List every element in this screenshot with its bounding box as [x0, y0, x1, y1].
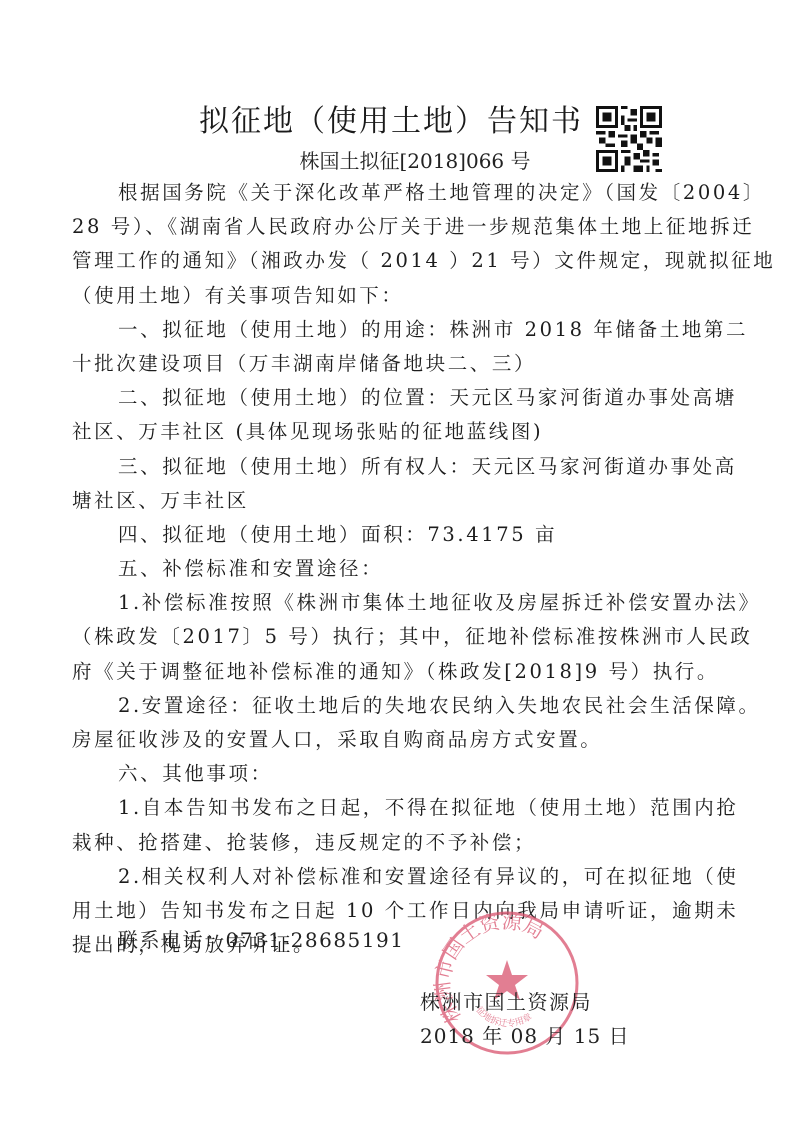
body-line: 2.相关权利人对补偿标准和安置途径有异议的，可在拟征地（使: [72, 860, 772, 894]
body-line: 1.补偿标准按照《株洲市集体土地征收及房屋拆迁补偿安置办法》: [72, 586, 772, 620]
body-line: 根据国务院《关于深化改革严格土地管理的决定》（国发〔2004〕: [72, 176, 772, 210]
body-line: 塘社区、万丰社区: [72, 484, 772, 518]
body-line: 1.自本告知书发布之日起，不得在拟征地（使用土地）范围内抢: [72, 791, 772, 825]
document-title: 拟征地（使用土地）告知书: [0, 96, 800, 140]
contact-phone: 联系电话：0731-28685191: [118, 924, 404, 953]
document-body: 根据国务院《关于深化改革严格土地管理的决定》（国发〔2004〕 28 号）、《湖…: [72, 176, 772, 962]
body-line: （使用土地）有关事项告知如下：: [72, 279, 772, 313]
body-line: 用土地）告知书发布之日起 10 个工作日内向我局申请听证，逾期未: [72, 894, 772, 928]
body-line: 2.安置途径：征收土地后的失地农民纳入失地农民社会生活保障。: [72, 689, 772, 723]
body-line: （株政发〔2017〕5 号）执行；其中，征地补偿标准按株洲市人民政: [72, 620, 772, 654]
document-page: 拟征地（使用土地）告知书: [0, 0, 800, 1134]
body-line: 栽种、抢搭建、抢装修，违反规定的不予补偿；: [72, 826, 772, 860]
section-usage: 一、拟征地（使用土地）的用途：株洲市 2018 年储备土地第二: [72, 313, 772, 347]
section-other: 六、其他事项：: [72, 757, 772, 791]
section-compensation: 五、补偿标准和安置途径：: [72, 552, 772, 586]
signature-organization: 株洲市国土资源局: [420, 986, 592, 1015]
section-location: 二、拟征地（使用土地）的位置：天元区马家河街道办事处高塘: [72, 381, 772, 415]
body-line: 管理工作的通知》（湘政办发（ 2014 ）21 号）文件规定，现就拟征地: [72, 244, 772, 278]
body-line: 府《关于调整征地补偿标准的通知》（株政发[2018]9 号）执行。: [72, 655, 772, 689]
section-owner: 三、拟征地（使用土地）所有权人：天元区马家河街道办事处高: [72, 450, 772, 484]
body-line: 社区、万丰社区 (具体见现场张贴的征地蓝线图): [72, 415, 772, 449]
body-line: 房屋征收涉及的安置人口，采取自购商品房方式安置。: [72, 723, 772, 757]
body-line: 28 号）、《湖南省人民政府办公厅关于进一步规范集体土地上征地拆迁: [72, 210, 772, 244]
signature-date: 2018 年 08 月 15 日: [420, 1020, 630, 1049]
section-area: 四、拟征地（使用土地）面积：73.4175 亩: [72, 518, 772, 552]
body-line: 十批次建设项目（万丰湖南岸储备地块二、三）: [72, 347, 772, 381]
document-number: 株国土拟征[2018]066 号: [0, 145, 800, 174]
